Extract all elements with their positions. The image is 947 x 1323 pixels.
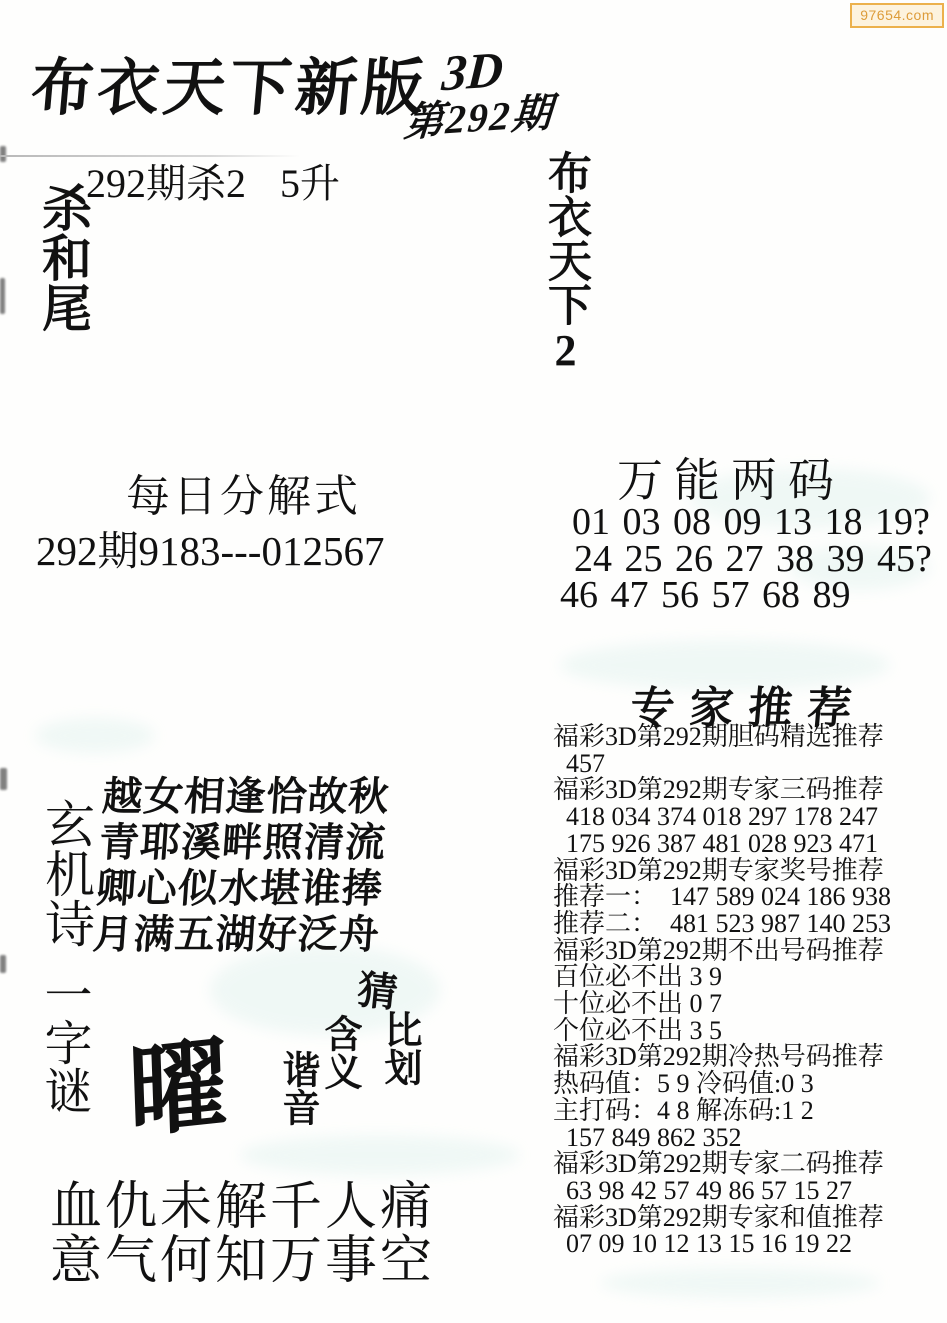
expert-line: 福彩3D第292期专家三码推荐 [553,777,943,804]
expert-line: 福彩3D第292期专家二码推荐 [553,1151,943,1178]
site-watermark: 97654.com [850,3,944,28]
riddle-hint-homophone: 谐音 [276,1050,318,1150]
background-watermark-blob [600,1268,880,1298]
expert-line: 福彩3D第292期专家奖号推荐 [553,858,943,885]
mystery-poem-block: 越女相逢恰故秋 青耶溪畔照清流 卿心似水堪谁捧 月满五湖好泛舟 [91,774,391,958]
issue-kill-line: 292期杀2 [86,152,246,209]
poem-line: 青耶溪畔照清流 [98,820,388,866]
kill-sum-tail-vertical-label: 杀和尾 [34,182,92,402]
expert-line: 个位必不出 3 5 [553,1018,943,1045]
background-watermark-blob [35,718,155,753]
riddle-character: 曜 [126,1003,230,1158]
expert-line: 457 [553,751,943,778]
expert-line: 主打码：4 8 解冻码:1 2 [553,1098,943,1125]
expert-line: 福彩3D第292期冷热号码推荐 [553,1044,943,1071]
brand-vertical-label: 布衣天下2 [540,150,590,420]
expert-line: 175 926 387 481 028 923 471 [553,831,943,858]
poem-line: 越女相逢恰故秋 [101,774,391,820]
edge-smudge [0,278,5,314]
expert-line: 推荐一： 147 589 024 186 938 [553,884,943,911]
expert-line: 07 09 10 12 13 15 16 19 22 [553,1231,943,1258]
riddle-hint-meaning: 含义 [318,1014,360,1114]
two-codes-row: 46 47 56 57 68 89 [560,573,851,617]
poem-line: 月满五湖好泛舟 [91,912,381,958]
edge-smudge [0,768,7,790]
daily-breakdown-title: 每日分解式 [126,460,361,524]
mystery-poem-label: 玄机诗 [38,798,93,978]
expert-recommendation-block: 福彩3D第292期胆码精选推荐 457 福彩3D第292期专家三码推荐 418 … [553,724,943,1258]
edge-smudge [0,146,6,162]
expert-line: 福彩3D第292期不出号码推荐 [553,938,943,965]
one-char-riddle-label: 一字谜 [36,970,90,1150]
masthead-issue-number: 第292期 [402,81,556,149]
poem-line: 卿心似水堪谁捧 [94,866,384,912]
masthead-title: 布衣天下新版 [28,38,432,127]
expert-line: 福彩3D第292期胆码精选推荐 [553,724,943,751]
expert-line: 百位必不出 3 9 [553,964,943,991]
riddle-hint-strokes: 比划 [378,1010,420,1110]
expert-line: 十位必不出 0 7 [553,991,943,1018]
expert-line: 热码值：5 9 冷码值:0 3 [553,1071,943,1098]
expert-line: 418 034 374 018 297 178 247 [553,804,943,831]
daily-breakdown-formula: 292期9183---012567 [36,518,384,577]
expert-line: 63 98 42 57 49 86 57 15 27 [553,1178,943,1205]
lottery-sheet-page: 97654.com 布衣天下新版 3D 第292期 292期杀2 5升 杀和尾 … [0,0,947,1323]
expert-line: 福彩3D第292期专家和值推荐 [553,1205,943,1232]
edge-smudge [0,955,6,973]
rise-label: 5升 [280,152,340,209]
brand-number: 2 [541,326,590,375]
bottom-couplet-line-2: 意气何知万事空 [50,1218,435,1293]
brand-name: 布衣天下 [541,150,590,326]
expert-line: 157 849 862 352 [553,1125,943,1152]
expert-line: 推荐二： 481 523 987 140 253 [553,911,943,938]
